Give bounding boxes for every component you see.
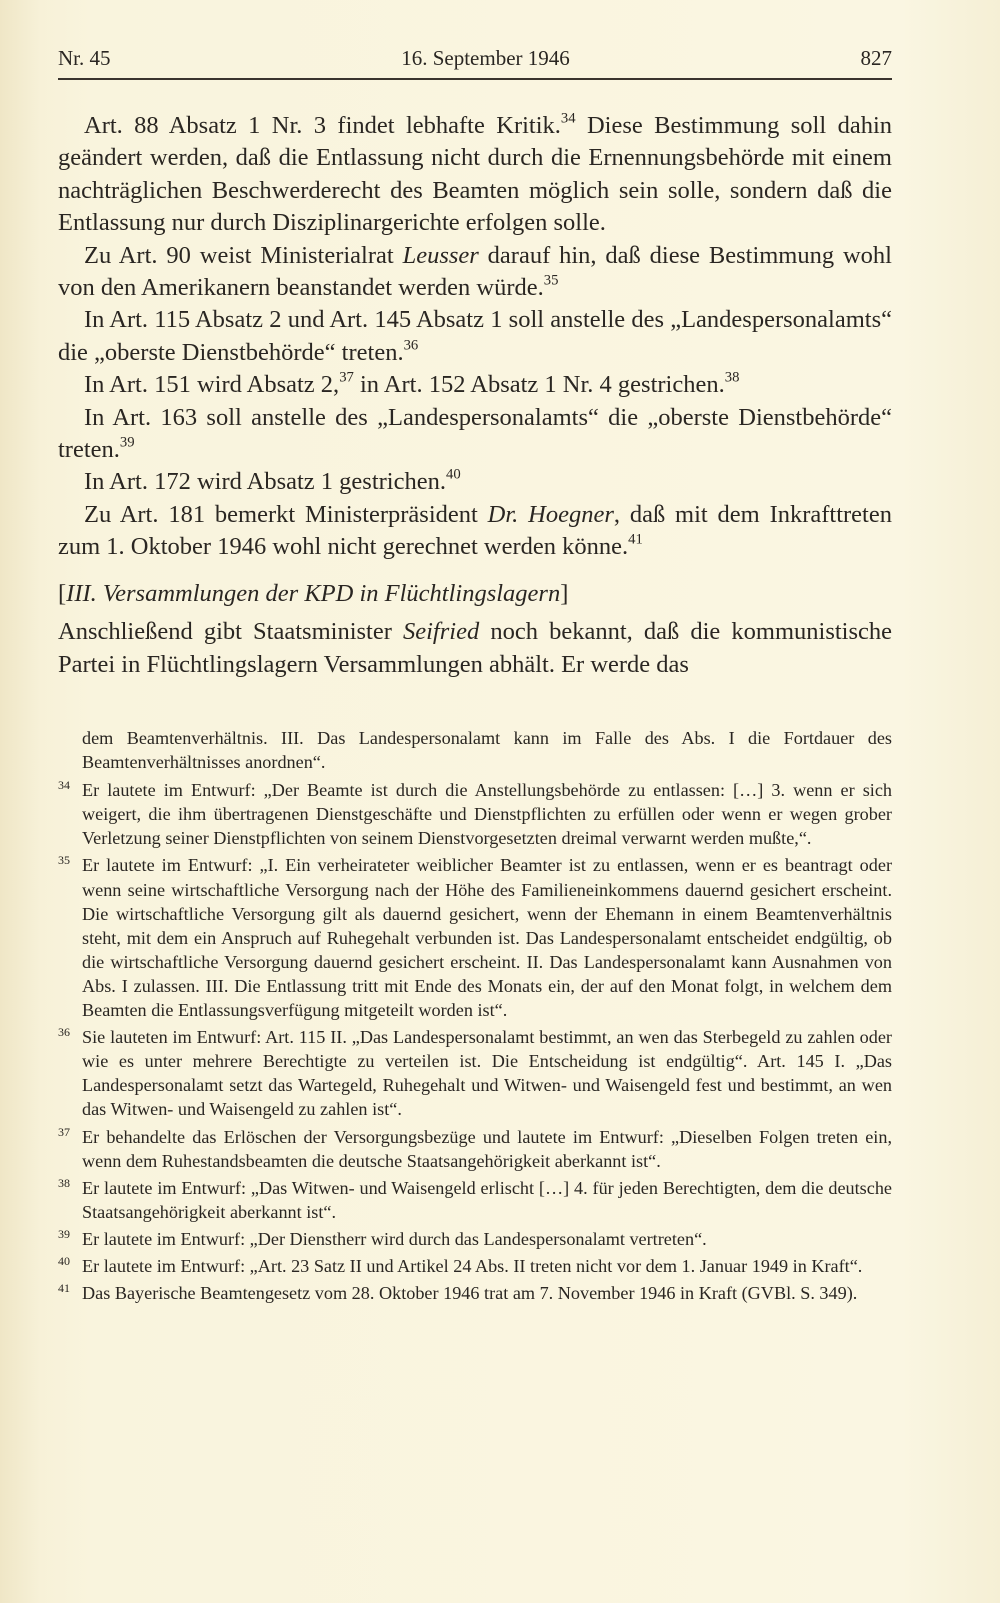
footnote-39: 39Er lautete im Entwurf: „Der Dienstherr… <box>58 1227 892 1251</box>
body-text: Art. 88 Absatz 1 Nr. 3 findet lebhafte K… <box>58 110 892 681</box>
section-heading: [III. Versammlungen der KPD in Flüchtlin… <box>58 578 892 610</box>
footnote-ref[interactable]: 40 <box>446 467 461 483</box>
paragraph-text: In Art. 163 soll anstelle des „Landesper… <box>58 404 892 463</box>
footnote-text: Er lautete im Entwurf: „Das Witwen- und … <box>82 1178 892 1222</box>
paragraph-art-181: Zu Art. 181 bemerkt Ministerpräsident Dr… <box>58 499 892 564</box>
footnote-ref[interactable]: 38 <box>725 370 740 386</box>
footnote-number: 38 <box>58 1171 70 1195</box>
paragraph-text: Zu Art. 90 weist Ministerialrat <box>84 242 403 269</box>
footnote-35: 35Er lautete im Entwurf: „I. Ein verheir… <box>58 853 892 1022</box>
footnote-ref[interactable]: 34 <box>561 111 576 127</box>
footnote-38: 38Er lautete im Entwurf: „Das Witwen- un… <box>58 1176 892 1224</box>
bracket-open: [ <box>58 580 66 607</box>
footnote-number: 40 <box>58 1249 70 1273</box>
issue-number: Nr. 45 <box>58 44 111 72</box>
footnote-continuation: dem Beamtenverhältnis. III. Das Landespe… <box>58 726 892 774</box>
paragraph-art-151: In Art. 151 wird Absatz 2,37 in Art. 152… <box>58 369 892 401</box>
footnote-text: Er lautete im Entwurf: „Art. 23 Satz II … <box>82 1256 862 1276</box>
person-name: Leusser <box>403 242 479 269</box>
footnote-text: Er lautete im Entwurf: „Der Dienstherr w… <box>82 1229 707 1249</box>
paragraph-text: In Art. 115 Absatz 2 und Art. 145 Absatz… <box>58 306 892 365</box>
paragraph-text: Anschließend gibt Staatsminister <box>58 618 403 645</box>
person-name: Dr. Hoegner <box>488 501 614 528</box>
footnote-37: 37Er behandelte das Erlöschen der Versor… <box>58 1125 892 1173</box>
footnote-ref[interactable]: 36 <box>404 338 419 354</box>
page-number: 827 <box>861 44 893 72</box>
footnote-40: 40Er lautete im Entwurf: „Art. 23 Satz I… <box>58 1254 892 1278</box>
footnote-number: 35 <box>58 848 70 872</box>
footnote-ref[interactable]: 35 <box>544 273 559 289</box>
paragraph-art-115: In Art. 115 Absatz 2 und Art. 145 Absatz… <box>58 304 892 369</box>
paragraph-art-90: Zu Art. 90 weist Ministerialrat Leusser … <box>58 240 892 305</box>
paragraph-art-163: In Art. 163 soll anstelle des „Landesper… <box>58 402 892 467</box>
header-date: 16. September 1946 <box>401 44 570 72</box>
footnote-text: Er lautete im Entwurf: „I. Ein verheirat… <box>82 855 892 1020</box>
section-title: III. Versammlungen der KPD in Flüchtling… <box>66 580 560 607</box>
footnote-ref[interactable]: 41 <box>628 532 643 548</box>
bracket-close: ] <box>560 580 568 607</box>
paragraph-text: In Art. 172 wird Absatz 1 gestrichen. <box>84 468 446 495</box>
paragraph-text: In Art. 151 wird Absatz 2, <box>84 371 339 398</box>
footnote-number: 39 <box>58 1222 70 1246</box>
footnote-text: Das Bayerische Beamtengesetz vom 28. Okt… <box>82 1283 857 1303</box>
footnote-ref[interactable]: 39 <box>120 435 135 451</box>
footnotes: dem Beamtenverhältnis. III. Das Landespe… <box>58 726 892 1308</box>
footnote-ref[interactable]: 37 <box>339 370 354 386</box>
footnote-34: 34Er lautete im Entwurf: „Der Beamte ist… <box>58 778 892 850</box>
footnote-text: Er behandelte das Erlöschen der Versorgu… <box>82 1127 892 1171</box>
footnote-number: 41 <box>58 1276 70 1300</box>
paragraph-text: Zu Art. 181 bemerkt Ministerpräsident <box>84 501 488 528</box>
paragraph-art-172: In Art. 172 wird Absatz 1 gestrichen.40 <box>58 466 892 498</box>
footnote-number: 37 <box>58 1120 70 1144</box>
page: Nr. 45 16. September 1946 827 Art. 88 Ab… <box>58 44 892 681</box>
paragraph-art-88: Art. 88 Absatz 1 Nr. 3 findet lebhafte K… <box>58 110 892 240</box>
person-name: Seifried <box>403 618 479 645</box>
footnote-number: 34 <box>58 773 70 797</box>
running-head: Nr. 45 16. September 1946 827 <box>58 44 892 80</box>
footnote-number: 36 <box>58 1020 70 1044</box>
footnote-36: 36Sie lauteten im Entwurf: Art. 115 II. … <box>58 1025 892 1121</box>
footnote-text: dem Beamtenverhältnis. III. Das Landespe… <box>82 728 892 772</box>
footnote-41: 41Das Bayerische Beamtengesetz vom 28. O… <box>58 1281 892 1305</box>
footnote-text: Sie lauteten im Entwurf: Art. 115 II. „D… <box>82 1027 892 1119</box>
footnote-text: Er lautete im Entwurf: „Der Beamte ist d… <box>82 780 892 848</box>
paragraph-text: in Art. 152 Absatz 1 Nr. 4 gestrichen. <box>354 371 725 398</box>
paragraph-text: Art. 88 Absatz 1 Nr. 3 findet lebhafte K… <box>84 112 561 139</box>
paragraph-kpd: Anschließend gibt Staatsminister Seifrie… <box>58 616 892 681</box>
